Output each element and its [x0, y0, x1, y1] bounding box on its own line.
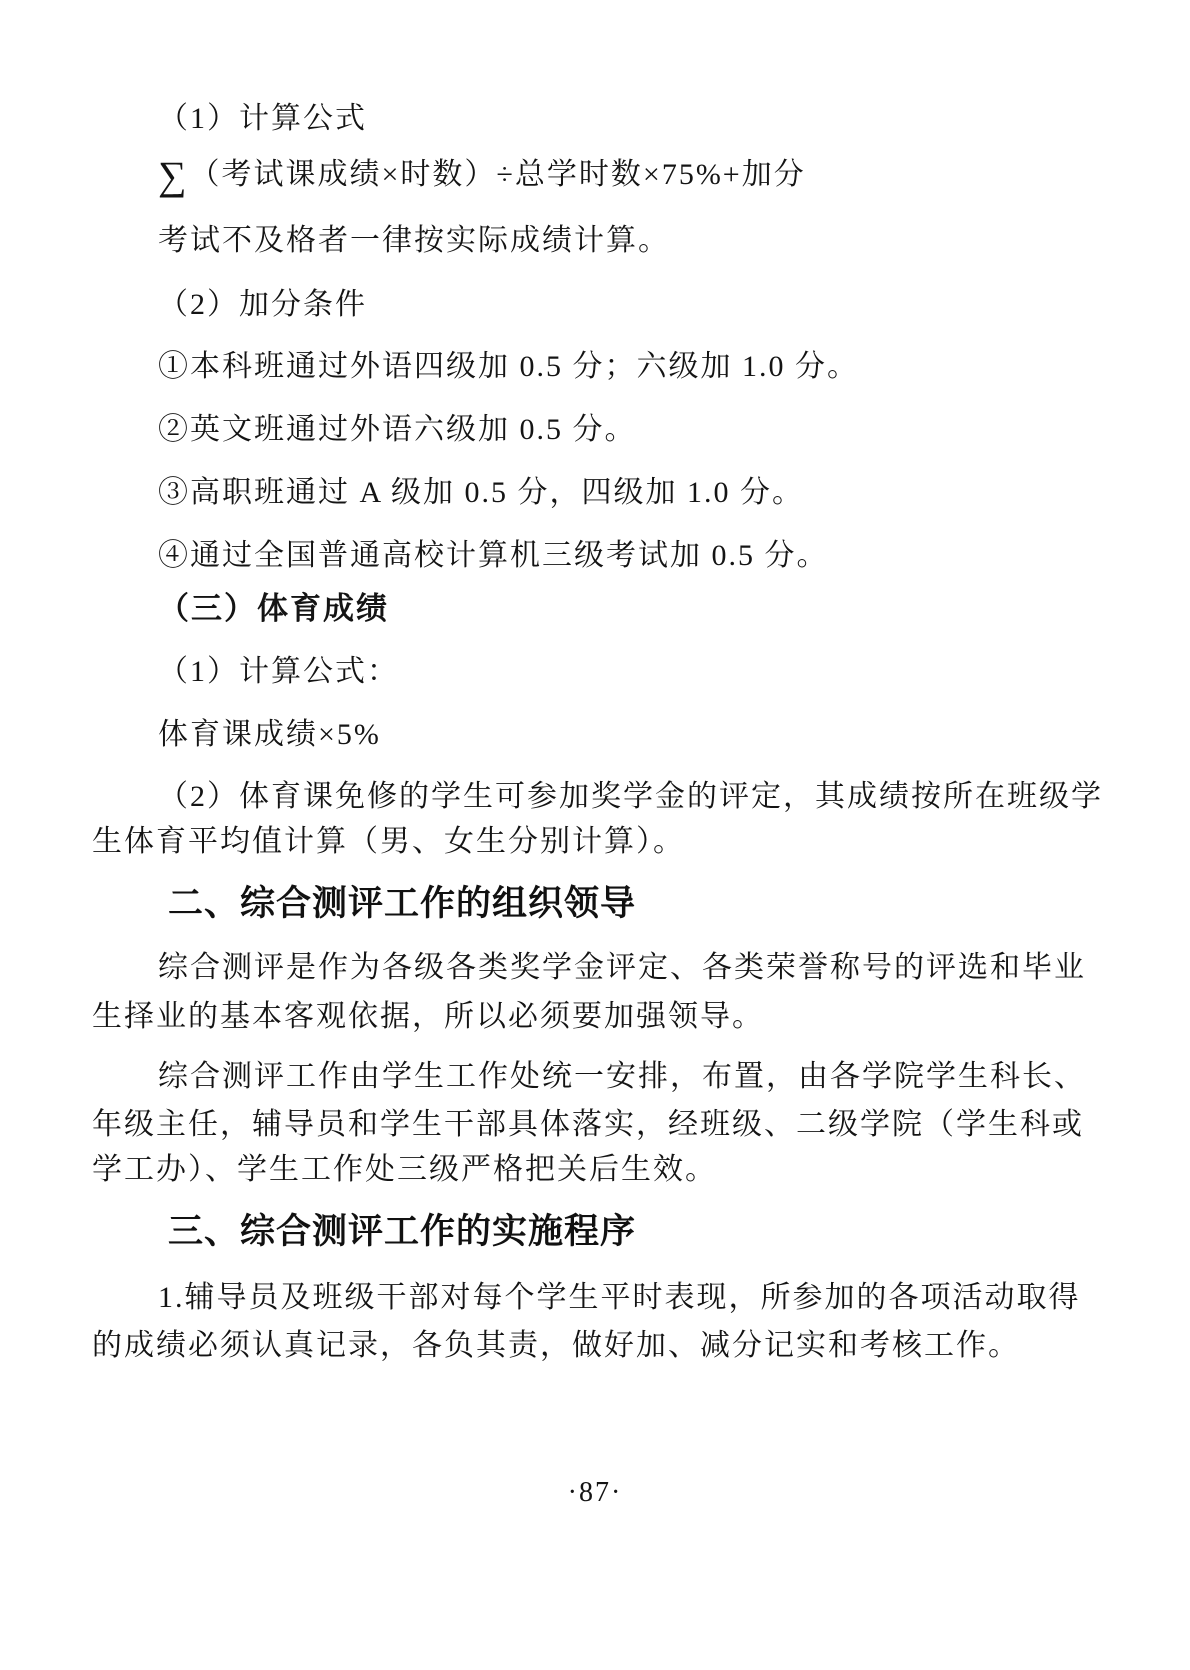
line-item1-calc-formula-label: （1）计算公式	[158, 101, 367, 137]
document-page: （1）计算公式 ∑（考试课成绩×时数）÷总学时数×75%+加分 考试不及格者一律…	[0, 0, 1190, 1670]
line-bonus-rule-4: ④通过全国普通高校计算机三级考试加 0.5 分。	[158, 538, 829, 574]
line-pe-exempt-wrap-2: 生体育平均值计算（男、女生分别计算）。	[92, 824, 685, 860]
heading-section-2-organization: 二、综合测评工作的组织领导	[168, 883, 636, 925]
line-fail-rule: 考试不及格者一律按实际成绩计算。	[158, 223, 670, 259]
line-pe-calc-formula-label: （1）计算公式：	[158, 654, 399, 690]
line-bonus-rule-3: ③高职班通过 A 级加 0.5 分，四级加 1.0 分。	[158, 475, 804, 511]
line-s3-para1-wrap-2: 的成绩必须认真记录，各负其责，做好加、减分记实和考核工作。	[92, 1328, 1020, 1364]
sigma-symbol: ∑	[158, 153, 187, 198]
line-item2-bonus-conditions: （2）加分条件	[158, 287, 367, 323]
line-pe-exempt-wrap-1: （2）体育课免修的学生可参加奖学金的评定，其成绩按所在班级学	[158, 779, 1103, 815]
line-s2-para2-wrap-2: 年级主任，辅导员和学生干部具体落实，经班级、二级学院（学生科或	[92, 1107, 1084, 1143]
line-bonus-rule-1: ①本科班通过外语四级加 0.5 分；六级加 1.0 分。	[158, 349, 859, 385]
line-s2-para2-wrap-3: 学工办）、学生工作处三级严格把关后生效。	[92, 1152, 717, 1188]
line-pe-formula: 体育课成绩×5%	[158, 717, 381, 753]
heading-section-3-procedure: 三、综合测评工作的实施程序	[168, 1211, 636, 1253]
line-bonus-rule-2: ②英文班通过外语六级加 0.5 分。	[158, 412, 637, 448]
line-s3-para1-wrap-1: 1.辅导员及班级干部对每个学生平时表现，所参加的各项活动取得	[158, 1280, 1081, 1316]
subheading-pe-score: （三）体育成绩	[158, 591, 389, 627]
line-s2-para2-wrap-1: 综合测评工作由学生工作处统一安排，布置，由各学院学生科长、	[158, 1059, 1086, 1095]
exam-formula-text: （考试课成绩×时数）÷总学时数×75%+加分	[190, 158, 806, 191]
line-s2-para1-wrap-1: 综合测评是作为各级各类奖学金评定、各类荣誉称号的评选和毕业	[158, 950, 1086, 986]
line-exam-formula: ∑（考试课成绩×时数）÷总学时数×75%+加分	[158, 157, 806, 193]
page-number: ·87·	[0, 1476, 1190, 1510]
line-s2-para1-wrap-2: 生择业的基本客观依据，所以必须要加强领导。	[92, 999, 764, 1035]
